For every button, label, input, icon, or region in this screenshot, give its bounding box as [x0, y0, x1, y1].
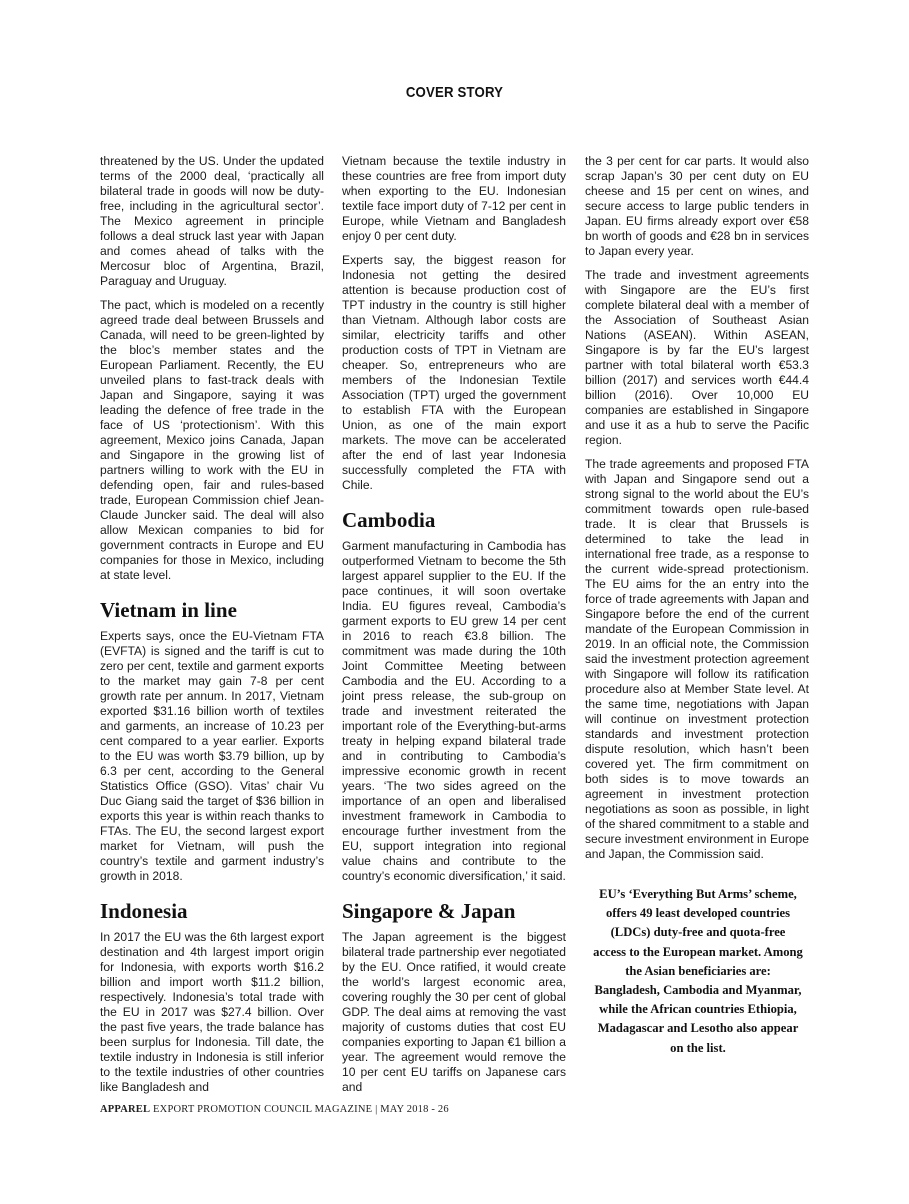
paragraph: the 3 per cent for car parts. It would a…: [585, 154, 809, 259]
paragraph: Garment manufacturing in Cambodia has ou…: [342, 539, 566, 884]
footer-separator: |: [375, 1104, 377, 1115]
subheading-singapore-japan: Singapore & Japan: [342, 898, 566, 924]
footer-publication: EXPORT PROMOTION COUNCIL MAGAZINE: [153, 1104, 372, 1115]
subheading-vietnam: Vietnam in line: [100, 597, 324, 623]
article-column-1: threatened by the US. Under the updated …: [100, 154, 324, 1104]
paragraph: The trade agreements and proposed FTA wi…: [585, 457, 809, 862]
paragraph: The trade and investment agreements with…: [585, 268, 809, 448]
paragraph: The pact, which is modeled on a recently…: [100, 298, 324, 583]
article-column-3: the 3 per cent for car parts. It would a…: [585, 154, 809, 871]
section-label: COVER STORY: [55, 84, 855, 101]
subheading-indonesia: Indonesia: [100, 898, 324, 924]
paragraph: Experts says, once the EU-Vietnam FTA (E…: [100, 629, 324, 884]
paragraph: In 2017 the EU was the 6th largest expor…: [100, 930, 324, 1095]
paragraph: threatened by the US. Under the updated …: [100, 154, 324, 289]
footer-brand: APPAREL: [100, 1104, 150, 1115]
footer-issue: MAY 2018 - 26: [380, 1104, 449, 1115]
page-footer: APPAREL EXPORT PROMOTION COUNCIL MAGAZIN…: [100, 1104, 449, 1115]
paragraph: The Japan agreement is the biggest bilat…: [342, 930, 566, 1095]
subheading-cambodia: Cambodia: [342, 507, 566, 533]
pull-quote: EU’s ‘Everything But Arms’ scheme, offer…: [593, 885, 803, 1058]
paragraph: Experts say, the biggest reason for Indo…: [342, 253, 566, 493]
paragraph: Vietnam because the textile industry in …: [342, 154, 566, 244]
article-column-2: Vietnam because the textile industry in …: [342, 154, 566, 1104]
